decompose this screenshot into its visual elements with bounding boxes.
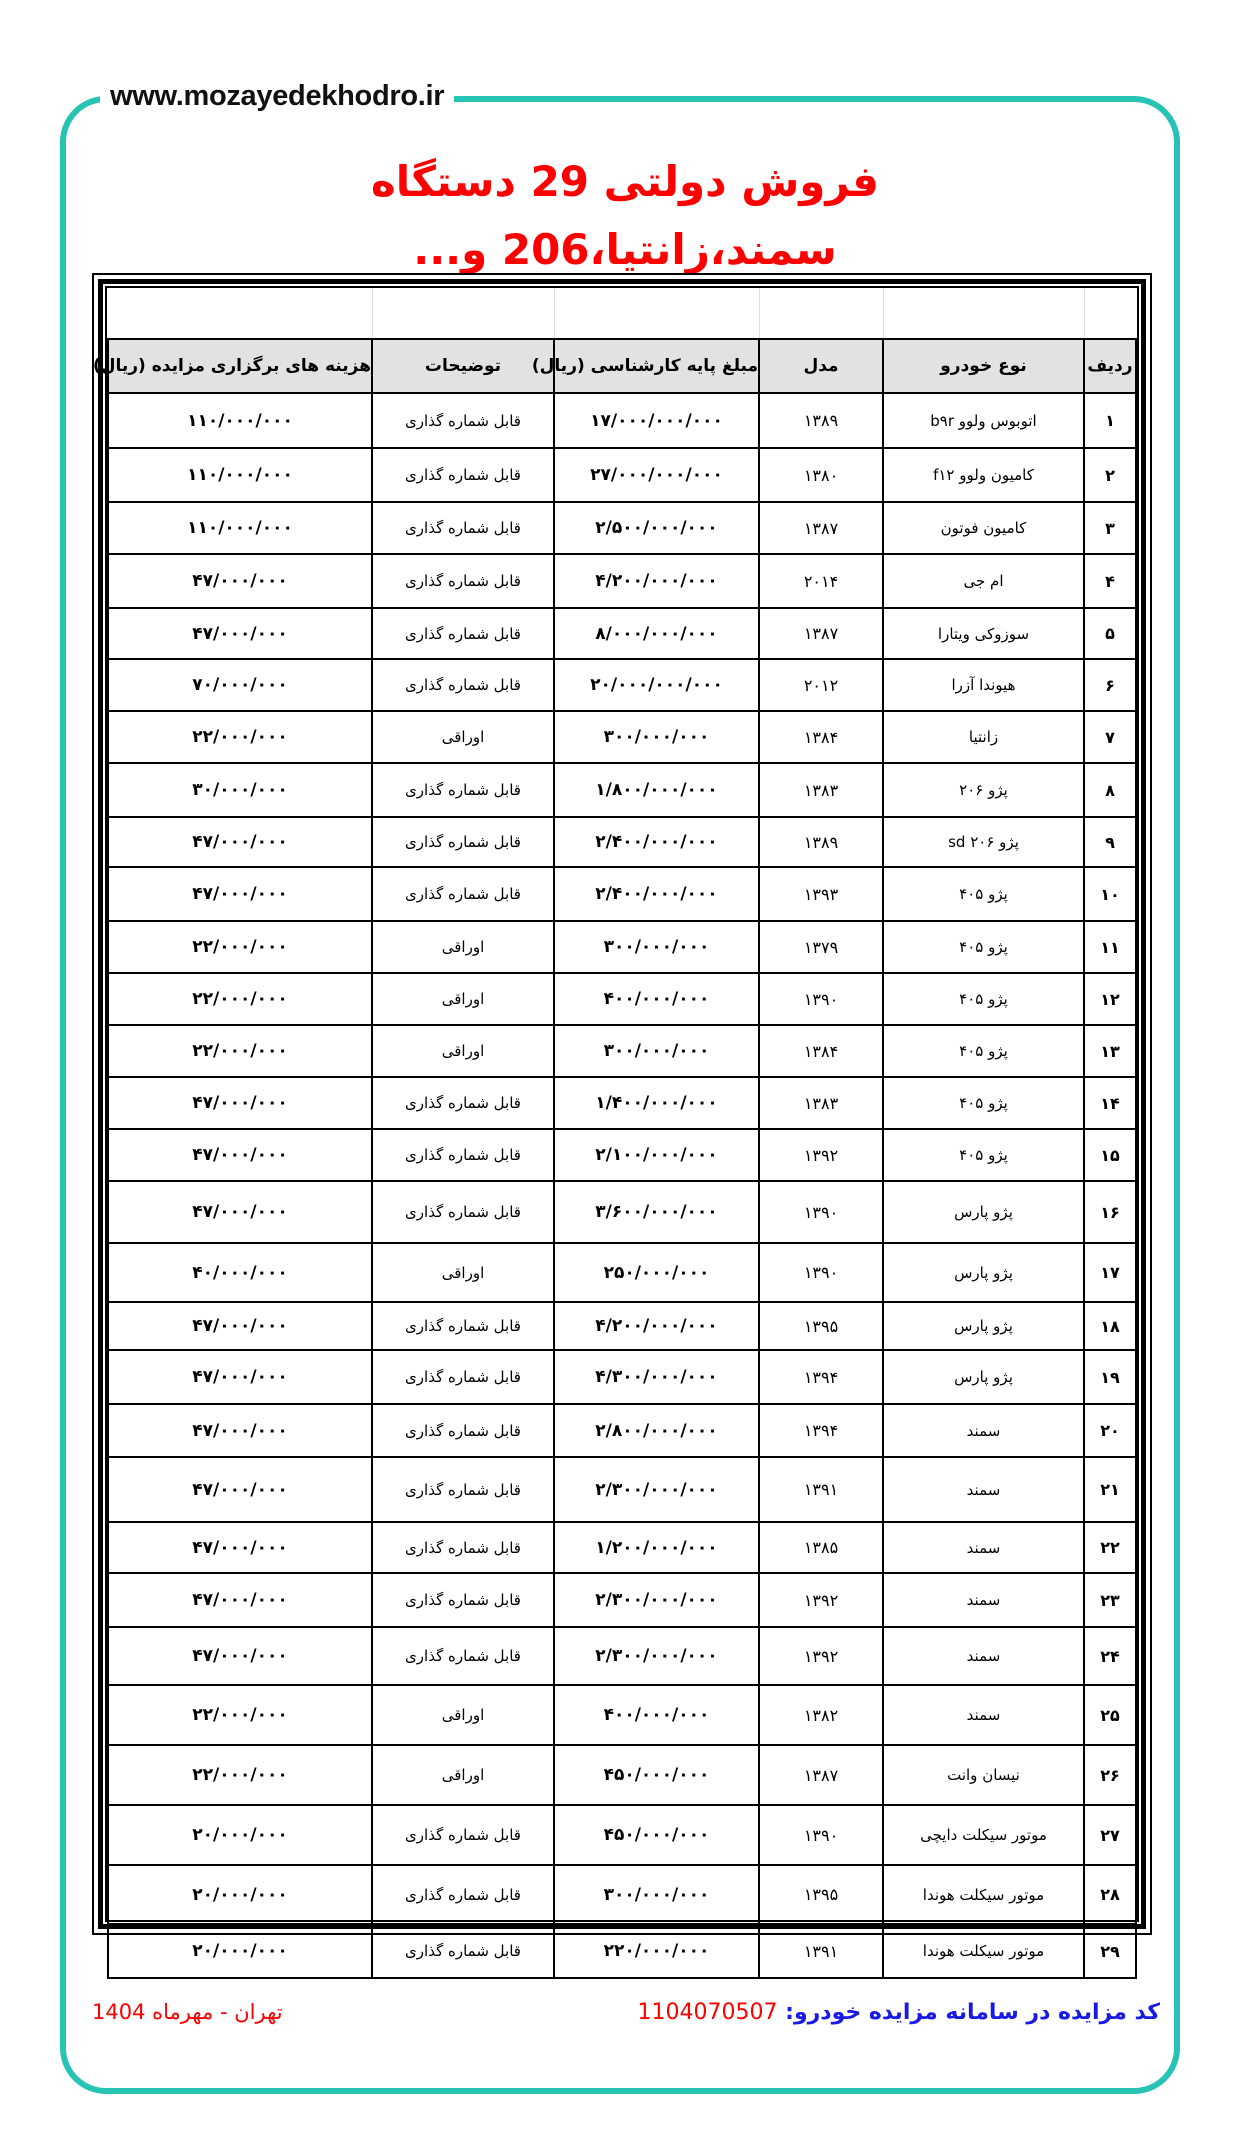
cell-row-number: ۱۶ bbox=[1084, 1181, 1136, 1243]
table-header-row: ردیف نوع خودرو مدل مبلغ پایه کارشناسی (ر… bbox=[108, 339, 1136, 393]
cell-fee: ۲۰/۰۰۰/۰۰۰ bbox=[108, 1805, 372, 1865]
cell-row-number: ۲ bbox=[1084, 448, 1136, 502]
table-row: ۴ام جی۲۰۱۴۴/۲۰۰/۰۰۰/۰۰۰قابل شماره گذاری۴… bbox=[108, 554, 1136, 608]
col-header-model: مدل bbox=[759, 339, 883, 393]
cell-base-price: ۲/۴۰۰/۰۰۰/۰۰۰ bbox=[554, 817, 759, 867]
cell-description: قابل شماره گذاری bbox=[372, 554, 554, 608]
cell-row-number: ۵ bbox=[1084, 608, 1136, 659]
cell-fee: ۴۷/۰۰۰/۰۰۰ bbox=[108, 867, 372, 921]
cell-row-number: ۲۶ bbox=[1084, 1745, 1136, 1805]
cell-base-price: ۴۰۰/۰۰۰/۰۰۰ bbox=[554, 973, 759, 1025]
cell-model: ۱۳۹۲ bbox=[759, 1627, 883, 1685]
location-date: تهران - مهرماه 1404 bbox=[92, 2000, 302, 2024]
cell-fee: ۴۷/۰۰۰/۰۰۰ bbox=[108, 1302, 372, 1350]
cell-fee: ۴۷/۰۰۰/۰۰۰ bbox=[108, 1404, 372, 1457]
table-row: ۲۷موتور سیکلت دایچی۱۳۹۰۴۵۰/۰۰۰/۰۰۰قابل ش… bbox=[108, 1805, 1136, 1865]
cell-description: قابل شماره گذاری bbox=[372, 1457, 554, 1522]
cell-base-price: ۲/۸۰۰/۰۰۰/۰۰۰ bbox=[554, 1404, 759, 1457]
cell-base-price: ۱/۴۰۰/۰۰۰/۰۰۰ bbox=[554, 1077, 759, 1129]
cell-row-number: ۴ bbox=[1084, 554, 1136, 608]
table-row: ۷زانتیا۱۳۸۴۳۰۰/۰۰۰/۰۰۰اوراقی۲۲/۰۰۰/۰۰۰ bbox=[108, 711, 1136, 763]
cell-model: ۱۳۹۲ bbox=[759, 1129, 883, 1181]
cell-model: ۱۳۹۱ bbox=[759, 1457, 883, 1522]
cell-row-number: ۱۷ bbox=[1084, 1243, 1136, 1302]
cell-row-number: ۲۴ bbox=[1084, 1627, 1136, 1685]
cell-model: ۱۳۹۵ bbox=[759, 1302, 883, 1350]
table-row: ۱۲پژو ۴۰۵۱۳۹۰۴۰۰/۰۰۰/۰۰۰اوراقی۲۲/۰۰۰/۰۰۰ bbox=[108, 973, 1136, 1025]
table-row: ۲۶نیسان وانت۱۳۸۷۴۵۰/۰۰۰/۰۰۰اوراقی۲۲/۰۰۰/… bbox=[108, 1745, 1136, 1805]
cell-description: قابل شماره گذاری bbox=[372, 1522, 554, 1573]
cell-fee: ۴۷/۰۰۰/۰۰۰ bbox=[108, 817, 372, 867]
cell-row-number: ۱۱ bbox=[1084, 921, 1136, 973]
cell-fee: ۴۷/۰۰۰/۰۰۰ bbox=[108, 1129, 372, 1181]
cell-vehicle: سوزوکی ویتارا bbox=[883, 608, 1084, 659]
cell-description: قابل شماره گذاری bbox=[372, 659, 554, 711]
cell-row-number: ۲۲ bbox=[1084, 1522, 1136, 1573]
table-row: ۲۲سمند۱۳۸۵۱/۲۰۰/۰۰۰/۰۰۰قابل شماره گذاری۴… bbox=[108, 1522, 1136, 1573]
cell-base-price: ۲/۳۰۰/۰۰۰/۰۰۰ bbox=[554, 1457, 759, 1522]
cell-fee: ۲۲/۰۰۰/۰۰۰ bbox=[108, 921, 372, 973]
cell-vehicle: پژو ۴۰۵ bbox=[883, 1077, 1084, 1129]
cell-description: قابل شماره گذاری bbox=[372, 763, 554, 817]
cell-row-number: ۲۰ bbox=[1084, 1404, 1136, 1457]
table-row: ۲۱سمند۱۳۹۱۲/۳۰۰/۰۰۰/۰۰۰قابل شماره گذاری۴… bbox=[108, 1457, 1136, 1522]
cell-fee: ۱۱۰/۰۰۰/۰۰۰ bbox=[108, 502, 372, 554]
col-header-fee: هزینه های برگزاری مزایده (ریال) bbox=[108, 339, 372, 393]
table-row: ۲۹موتور سیکلت هوندا۱۳۹۱۲۲۰/۰۰۰/۰۰۰قابل ش… bbox=[108, 1924, 1136, 1978]
cell-vehicle: سمند bbox=[883, 1627, 1084, 1685]
cell-description: قابل شماره گذاری bbox=[372, 1805, 554, 1865]
cell-fee: ۲۲/۰۰۰/۰۰۰ bbox=[108, 1025, 372, 1077]
cell-fee: ۲۲/۰۰۰/۰۰۰ bbox=[108, 1745, 372, 1805]
table-row: ۱۶پژو پارس۱۳۹۰۳/۶۰۰/۰۰۰/۰۰۰قابل شماره گذ… bbox=[108, 1181, 1136, 1243]
cell-base-price: ۳۰۰/۰۰۰/۰۰۰ bbox=[554, 1025, 759, 1077]
cell-row-number: ۲۷ bbox=[1084, 1805, 1136, 1865]
cell-model: ۱۳۸۳ bbox=[759, 763, 883, 817]
cell-vehicle: زانتیا bbox=[883, 711, 1084, 763]
cell-vehicle: اتوبوس ولوو b۹r bbox=[883, 393, 1084, 448]
table-row: ۱۹پژو پارس۱۳۹۴۴/۳۰۰/۰۰۰/۰۰۰قابل شماره گذ… bbox=[108, 1350, 1136, 1404]
cell-vehicle: پژو ۲۰۶ sd bbox=[883, 817, 1084, 867]
cell-description: قابل شماره گذاری bbox=[372, 1077, 554, 1129]
cell-vehicle: پژو پارس bbox=[883, 1350, 1084, 1404]
cell-row-number: ۲۸ bbox=[1084, 1865, 1136, 1924]
cell-base-price: ۳۰۰/۰۰۰/۰۰۰ bbox=[554, 921, 759, 973]
table-row: ۲۴سمند۱۳۹۲۲/۳۰۰/۰۰۰/۰۰۰قابل شماره گذاری۴… bbox=[108, 1627, 1136, 1685]
cell-row-number: ۸ bbox=[1084, 763, 1136, 817]
table-row: ۳کامیون فوتون۱۳۸۷۲/۵۰۰/۰۰۰/۰۰۰قابل شماره… bbox=[108, 502, 1136, 554]
cell-vehicle: سمند bbox=[883, 1404, 1084, 1457]
cell-base-price: ۴۵۰/۰۰۰/۰۰۰ bbox=[554, 1745, 759, 1805]
cell-model: ۱۳۸۳ bbox=[759, 1077, 883, 1129]
table-row: ۲۰سمند۱۳۹۴۲/۸۰۰/۰۰۰/۰۰۰قابل شماره گذاری۴… bbox=[108, 1404, 1136, 1457]
table-row: ۹پژو ۲۰۶ sd۱۳۸۹۲/۴۰۰/۰۰۰/۰۰۰قابل شماره گ… bbox=[108, 817, 1136, 867]
cell-description: قابل شماره گذاری bbox=[372, 1181, 554, 1243]
cell-description: قابل شماره گذاری bbox=[372, 502, 554, 554]
cell-row-number: ۱۰ bbox=[1084, 867, 1136, 921]
cell-vehicle: پژو پارس bbox=[883, 1243, 1084, 1302]
cell-vehicle: سمند bbox=[883, 1573, 1084, 1627]
cell-fee: ۴۷/۰۰۰/۰۰۰ bbox=[108, 1627, 372, 1685]
cell-base-price: ۱/۸۰۰/۰۰۰/۰۰۰ bbox=[554, 763, 759, 817]
cell-description: قابل شماره گذاری bbox=[372, 1404, 554, 1457]
cell-fee: ۲۲/۰۰۰/۰۰۰ bbox=[108, 711, 372, 763]
cell-vehicle: پژو ۴۰۵ bbox=[883, 1025, 1084, 1077]
cell-vehicle: سمند bbox=[883, 1685, 1084, 1745]
cell-base-price: ۴۰۰/۰۰۰/۰۰۰ bbox=[554, 1685, 759, 1745]
cell-model: ۱۳۸۲ bbox=[759, 1685, 883, 1745]
table-row: ۲۵سمند۱۳۸۲۴۰۰/۰۰۰/۰۰۰اوراقی۲۲/۰۰۰/۰۰۰ bbox=[108, 1685, 1136, 1745]
cell-description: اوراقی bbox=[372, 921, 554, 973]
cell-fee: ۲۲/۰۰۰/۰۰۰ bbox=[108, 973, 372, 1025]
cell-base-price: ۲۰/۰۰۰/۰۰۰/۰۰۰ bbox=[554, 659, 759, 711]
cell-row-number: ۹ bbox=[1084, 817, 1136, 867]
cell-base-price: ۲/۳۰۰/۰۰۰/۰۰۰ bbox=[554, 1573, 759, 1627]
cell-model: ۱۳۸۹ bbox=[759, 393, 883, 448]
cell-row-number: ۳ bbox=[1084, 502, 1136, 554]
cell-vehicle: پژو ۴۰۵ bbox=[883, 973, 1084, 1025]
cell-description: قابل شماره گذاری bbox=[372, 608, 554, 659]
cell-fee: ۷۰/۰۰۰/۰۰۰ bbox=[108, 659, 372, 711]
table-row: ۶هیوندا آزرا۲۰۱۲۲۰/۰۰۰/۰۰۰/۰۰۰قابل شماره… bbox=[108, 659, 1136, 711]
website-url[interactable]: www.mozayedekhodro.ir bbox=[100, 76, 454, 116]
cell-fee: ۴۷/۰۰۰/۰۰۰ bbox=[108, 1181, 372, 1243]
cell-row-number: ۱۲ bbox=[1084, 973, 1136, 1025]
cell-description: اوراقی bbox=[372, 1243, 554, 1302]
table-row: ۸پژو ۲۰۶۱۳۸۳۱/۸۰۰/۰۰۰/۰۰۰قابل شماره گذار… bbox=[108, 763, 1136, 817]
cell-row-number: ۲۳ bbox=[1084, 1573, 1136, 1627]
table-row: ۵سوزوکی ویتارا۱۳۸۷۸/۰۰۰/۰۰۰/۰۰۰قابل شمار… bbox=[108, 608, 1136, 659]
table-row: ۱۵پژو ۴۰۵۱۳۹۲۲/۱۰۰/۰۰۰/۰۰۰قابل شماره گذا… bbox=[108, 1129, 1136, 1181]
cell-model: ۱۳۸۵ bbox=[759, 1522, 883, 1573]
cell-row-number: ۱ bbox=[1084, 393, 1136, 448]
cell-vehicle: سمند bbox=[883, 1522, 1084, 1573]
cell-row-number: ۱۳ bbox=[1084, 1025, 1136, 1077]
cell-fee: ۲۲/۰۰۰/۰۰۰ bbox=[108, 1685, 372, 1745]
cell-model: ۱۳۸۷ bbox=[759, 1745, 883, 1805]
cell-fee: ۴۷/۰۰۰/۰۰۰ bbox=[108, 554, 372, 608]
cell-model: ۲۰۱۴ bbox=[759, 554, 883, 608]
table-row: ۱۳پژو ۴۰۵۱۳۸۴۳۰۰/۰۰۰/۰۰۰اوراقی۲۲/۰۰۰/۰۰۰ bbox=[108, 1025, 1136, 1077]
cell-base-price: ۸/۰۰۰/۰۰۰/۰۰۰ bbox=[554, 608, 759, 659]
cell-row-number: ۱۴ bbox=[1084, 1077, 1136, 1129]
cell-row-number: ۶ bbox=[1084, 659, 1136, 711]
cell-description: قابل شماره گذاری bbox=[372, 817, 554, 867]
cell-model: ۱۳۹۰ bbox=[759, 1243, 883, 1302]
cell-model: ۱۳۹۰ bbox=[759, 1181, 883, 1243]
table-row: ۱۰پژو ۴۰۵۱۳۹۳۲/۴۰۰/۰۰۰/۰۰۰قابل شماره گذا… bbox=[108, 867, 1136, 921]
table-row: ۲۸موتور سیکلت هوندا۱۳۹۵۳۰۰/۰۰۰/۰۰۰قابل ش… bbox=[108, 1865, 1136, 1924]
cell-base-price: ۱/۲۰۰/۰۰۰/۰۰۰ bbox=[554, 1522, 759, 1573]
table-row: ۲۳سمند۱۳۹۲۲/۳۰۰/۰۰۰/۰۰۰قابل شماره گذاری۴… bbox=[108, 1573, 1136, 1627]
cell-model: ۱۳۹۱ bbox=[759, 1924, 883, 1978]
cell-fee: ۲۰/۰۰۰/۰۰۰ bbox=[108, 1924, 372, 1978]
cell-base-price: ۴/۲۰۰/۰۰۰/۰۰۰ bbox=[554, 554, 759, 608]
cell-vehicle: کامیون ولوو f۱۲ bbox=[883, 448, 1084, 502]
cell-model: ۱۳۹۴ bbox=[759, 1404, 883, 1457]
cell-row-number: ۱۹ bbox=[1084, 1350, 1136, 1404]
table-row: ۱۱پژو ۴۰۵۱۳۷۹۳۰۰/۰۰۰/۰۰۰اوراقی۲۲/۰۰۰/۰۰۰ bbox=[108, 921, 1136, 973]
cell-description: اوراقی bbox=[372, 1685, 554, 1745]
cell-row-number: ۱۵ bbox=[1084, 1129, 1136, 1181]
cell-fee: ۴۷/۰۰۰/۰۰۰ bbox=[108, 608, 372, 659]
cell-base-price: ۱۷/۰۰۰/۰۰۰/۰۰۰ bbox=[554, 393, 759, 448]
cell-vehicle: پژو ۴۰۵ bbox=[883, 867, 1084, 921]
cell-vehicle: پژو ۴۰۵ bbox=[883, 921, 1084, 973]
cell-vehicle: موتور سیکلت هوندا bbox=[883, 1865, 1084, 1924]
cell-vehicle: پژو پارس bbox=[883, 1181, 1084, 1243]
table-row: ۱۷پژو پارس۱۳۹۰۲۵۰/۰۰۰/۰۰۰اوراقی۴۰/۰۰۰/۰۰… bbox=[108, 1243, 1136, 1302]
cell-model: ۱۳۷۹ bbox=[759, 921, 883, 973]
table-row: ۱۸پژو پارس۱۳۹۵۴/۲۰۰/۰۰۰/۰۰۰قابل شماره گذ… bbox=[108, 1302, 1136, 1350]
blank-row bbox=[108, 288, 1136, 339]
cell-fee: ۴۷/۰۰۰/۰۰۰ bbox=[108, 1457, 372, 1522]
cell-description: قابل شماره گذاری bbox=[372, 867, 554, 921]
cell-base-price: ۴/۲۰۰/۰۰۰/۰۰۰ bbox=[554, 1302, 759, 1350]
cell-vehicle: نیسان وانت bbox=[883, 1745, 1084, 1805]
cell-model: ۱۳۸۴ bbox=[759, 1025, 883, 1077]
cell-description: قابل شماره گذاری bbox=[372, 1302, 554, 1350]
cell-model: ۱۳۸۷ bbox=[759, 608, 883, 659]
cell-description: اوراقی bbox=[372, 1025, 554, 1077]
cell-model: ۱۳۸۰ bbox=[759, 448, 883, 502]
cell-base-price: ۲/۵۰۰/۰۰۰/۰۰۰ bbox=[554, 502, 759, 554]
cell-fee: ۲۰/۰۰۰/۰۰۰ bbox=[108, 1865, 372, 1924]
cell-model: ۱۳۸۴ bbox=[759, 711, 883, 763]
cell-description: قابل شماره گذاری bbox=[372, 393, 554, 448]
auction-code-line: کد مزایده در سامانه مزایده خودرو: 110407… bbox=[640, 2000, 1160, 2025]
auction-code-label: کد مزایده در سامانه مزایده خودرو: bbox=[785, 2000, 1160, 2025]
cell-base-price: ۳/۶۰۰/۰۰۰/۰۰۰ bbox=[554, 1181, 759, 1243]
cell-vehicle: هیوندا آزرا bbox=[883, 659, 1084, 711]
cell-fee: ۱۱۰/۰۰۰/۰۰۰ bbox=[108, 448, 372, 502]
cell-vehicle: پژو ۴۰۵ bbox=[883, 1129, 1084, 1181]
cell-fee: ۱۱۰/۰۰۰/۰۰۰ bbox=[108, 393, 372, 448]
cell-fee: ۴۷/۰۰۰/۰۰۰ bbox=[108, 1350, 372, 1404]
cell-vehicle: ام جی bbox=[883, 554, 1084, 608]
cell-description: اوراقی bbox=[372, 711, 554, 763]
cell-model: ۱۳۹۳ bbox=[759, 867, 883, 921]
cell-base-price: ۳۰۰/۰۰۰/۰۰۰ bbox=[554, 711, 759, 763]
cell-model: ۱۳۸۹ bbox=[759, 817, 883, 867]
col-header-base-price: مبلغ پایه کارشناسی (ریال) bbox=[554, 339, 759, 393]
auction-code: 1104070507 bbox=[638, 2000, 778, 2025]
cell-fee: ۴۷/۰۰۰/۰۰۰ bbox=[108, 1077, 372, 1129]
cell-fee: ۳۰/۰۰۰/۰۰۰ bbox=[108, 763, 372, 817]
cell-base-price: ۳۰۰/۰۰۰/۰۰۰ bbox=[554, 1865, 759, 1924]
cell-vehicle: موتور سیکلت هوندا bbox=[883, 1924, 1084, 1978]
table-row: ۲کامیون ولوو f۱۲۱۳۸۰۲۷/۰۰۰/۰۰۰/۰۰۰قابل ش… bbox=[108, 448, 1136, 502]
cell-description: قابل شماره گذاری bbox=[372, 1573, 554, 1627]
cell-model: ۱۳۹۰ bbox=[759, 973, 883, 1025]
col-header-vehicle: نوع خودرو bbox=[883, 339, 1084, 393]
cell-description: قابل شماره گذاری bbox=[372, 1865, 554, 1924]
cell-row-number: ۲۹ bbox=[1084, 1924, 1136, 1978]
cell-fee: ۴۷/۰۰۰/۰۰۰ bbox=[108, 1522, 372, 1573]
cell-row-number: ۱۸ bbox=[1084, 1302, 1136, 1350]
cell-fee: ۴۰/۰۰۰/۰۰۰ bbox=[108, 1243, 372, 1302]
cell-vehicle: کامیون فوتون bbox=[883, 502, 1084, 554]
cell-fee: ۴۷/۰۰۰/۰۰۰ bbox=[108, 1573, 372, 1627]
cell-description: اوراقی bbox=[372, 973, 554, 1025]
cell-description: قابل شماره گذاری bbox=[372, 1924, 554, 1978]
cell-model: ۱۳۹۲ bbox=[759, 1573, 883, 1627]
cell-base-price: ۴۵۰/۰۰۰/۰۰۰ bbox=[554, 1805, 759, 1865]
auction-table-frame: ردیف نوع خودرو مدل مبلغ پایه کارشناسی (ر… bbox=[92, 273, 1152, 1935]
cell-description: قابل شماره گذاری bbox=[372, 1627, 554, 1685]
cell-vehicle: پژو ۲۰۶ bbox=[883, 763, 1084, 817]
cell-model: ۱۳۹۰ bbox=[759, 1805, 883, 1865]
cell-base-price: ۲/۱۰۰/۰۰۰/۰۰۰ bbox=[554, 1129, 759, 1181]
cell-description: اوراقی bbox=[372, 1745, 554, 1805]
cell-base-price: ۲۷/۰۰۰/۰۰۰/۰۰۰ bbox=[554, 448, 759, 502]
cell-model: ۱۳۹۵ bbox=[759, 1865, 883, 1924]
auction-table: ردیف نوع خودرو مدل مبلغ پایه کارشناسی (ر… bbox=[107, 288, 1137, 1979]
cell-base-price: ۲۲۰/۰۰۰/۰۰۰ bbox=[554, 1924, 759, 1978]
cell-vehicle: موتور سیکلت دایچی bbox=[883, 1805, 1084, 1865]
col-header-description: توضیحات bbox=[372, 339, 554, 393]
cell-row-number: ۲۵ bbox=[1084, 1685, 1136, 1745]
cell-base-price: ۲۵۰/۰۰۰/۰۰۰ bbox=[554, 1243, 759, 1302]
cell-row-number: ۷ bbox=[1084, 711, 1136, 763]
cell-vehicle: سمند bbox=[883, 1457, 1084, 1522]
cell-base-price: ۴/۳۰۰/۰۰۰/۰۰۰ bbox=[554, 1350, 759, 1404]
cell-description: قابل شماره گذاری bbox=[372, 448, 554, 502]
cell-model: ۲۰۱۲ bbox=[759, 659, 883, 711]
cell-model: ۱۳۸۷ bbox=[759, 502, 883, 554]
cell-row-number: ۲۱ bbox=[1084, 1457, 1136, 1522]
page-title: فروش دولتی 29 دستگاه سمند،زانتیا،206 و..… bbox=[240, 148, 1010, 284]
cell-model: ۱۳۹۴ bbox=[759, 1350, 883, 1404]
cell-description: قابل شماره گذاری bbox=[372, 1350, 554, 1404]
cell-description: قابل شماره گذاری bbox=[372, 1129, 554, 1181]
cell-vehicle: پژو پارس bbox=[883, 1302, 1084, 1350]
cell-base-price: ۲/۴۰۰/۰۰۰/۰۰۰ bbox=[554, 867, 759, 921]
table-row: ۱اتوبوس ولوو b۹r۱۳۸۹۱۷/۰۰۰/۰۰۰/۰۰۰قابل ش… bbox=[108, 393, 1136, 448]
table-row: ۱۴پژو ۴۰۵۱۳۸۳۱/۴۰۰/۰۰۰/۰۰۰قابل شماره گذا… bbox=[108, 1077, 1136, 1129]
table-body: ۱اتوبوس ولوو b۹r۱۳۸۹۱۷/۰۰۰/۰۰۰/۰۰۰قابل ش… bbox=[108, 393, 1136, 1978]
cell-base-price: ۲/۳۰۰/۰۰۰/۰۰۰ bbox=[554, 1627, 759, 1685]
col-header-row-number: ردیف bbox=[1084, 339, 1136, 393]
